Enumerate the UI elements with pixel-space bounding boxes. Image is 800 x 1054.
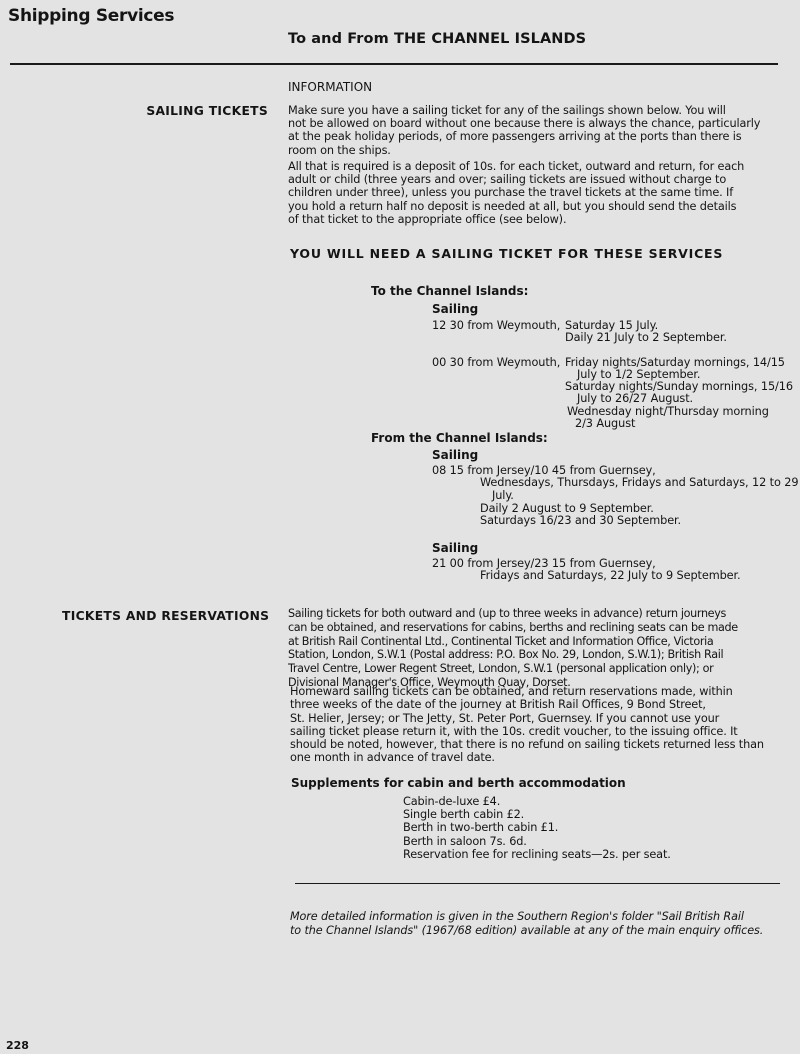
sailing-dates: Daily 21 July to 2 September. xyxy=(565,332,727,345)
text-line: not be allowed on board without one beca… xyxy=(288,117,760,130)
text-line: sailing ticket please return it, with th… xyxy=(290,725,764,738)
footnote: More detailed information is given in th… xyxy=(290,910,763,937)
text-line: Travel Centre, Lower Regent Street, Lond… xyxy=(288,662,738,676)
sailing-dates: 2/3 August xyxy=(575,418,635,431)
page-heading: To and From THE CHANNEL ISLANDS xyxy=(288,31,586,47)
sailing-time: 00 30 from Weymouth, xyxy=(432,357,560,370)
text-line: Homeward sailing tickets can be obtained… xyxy=(290,685,764,698)
text-line: Station, London, S.W.1 (Postal address: … xyxy=(288,648,738,662)
sailing-time: 12 30 from Weymouth, xyxy=(432,320,560,333)
text-line: Sailing tickets for both outward and (up… xyxy=(288,607,738,621)
sailing-label: Sailing xyxy=(432,448,478,462)
text-line: of that ticket to the appropriate office… xyxy=(288,213,744,226)
supplement-item: Berth in two-berth cabin £1. xyxy=(403,821,671,834)
sailing-dates: July to 26/27 August. xyxy=(577,393,693,406)
supplements-heading: Supplements for cabin and berth accommod… xyxy=(291,776,626,790)
text-line: children under three), unless you purcha… xyxy=(288,186,744,199)
page-number: 228 xyxy=(6,1039,29,1052)
text-line: can be obtained, and reservations for ca… xyxy=(288,621,738,635)
information-label: INFORMATION xyxy=(288,80,372,94)
sailing-tickets-label: SAILING TICKETS xyxy=(146,104,268,118)
text-line: adult or child (three years and over; sa… xyxy=(288,173,744,186)
tickets-reservations-label: TICKETS AND RESERVATIONS xyxy=(62,609,269,623)
sailing-tickets-para-1: Make sure you have a sailing ticket for … xyxy=(288,104,760,157)
supplement-item: Reservation fee for reclining seats—2s. … xyxy=(403,848,671,861)
sailing-dates: Wednesdays, Thursdays, Fridays and Satur… xyxy=(480,477,798,490)
bottom-divider xyxy=(295,883,780,884)
section-title: Shipping Services xyxy=(8,6,174,26)
sailing-label: Sailing xyxy=(432,302,478,316)
text-line: three weeks of the date of the journey a… xyxy=(290,698,764,711)
text-line: St. Helier, Jersey; or The Jetty, St. Pe… xyxy=(290,712,764,725)
sailing-tickets-para-2: All that is required is a deposit of 10s… xyxy=(288,160,744,226)
to-islands-label: To the Channel Islands: xyxy=(371,284,528,298)
text-line: room on the ships. xyxy=(288,144,760,157)
supplement-item: Berth in saloon 7s. 6d. xyxy=(403,835,671,848)
text-line: you hold a return half no deposit is nee… xyxy=(288,200,744,213)
supplement-item: Cabin-de-luxe £4. xyxy=(403,795,671,808)
services-heading: YOU WILL NEED A SAILING TICKET FOR THESE… xyxy=(290,246,723,261)
supplement-item: Single berth cabin £2. xyxy=(403,808,671,821)
sailing-dates: Saturdays 16/23 and 30 September. xyxy=(480,515,681,528)
text-line: All that is required is a deposit of 10s… xyxy=(288,160,744,173)
footnote-line: More detailed information is given in th… xyxy=(290,910,763,924)
text-line: at British Rail Continental Ltd., Contin… xyxy=(288,635,738,649)
from-islands-label: From the Channel Islands: xyxy=(371,431,548,445)
tickets-reservations-para-1: Sailing tickets for both outward and (up… xyxy=(288,607,738,690)
supplements-list: Cabin-de-luxe £4. Single berth cabin £2.… xyxy=(403,795,671,861)
sailing-dates: July. xyxy=(492,490,514,503)
sailing-dates: Fridays and Saturdays, 22 July to 9 Sept… xyxy=(480,570,741,583)
text-line: at the peak holiday periods, of more pas… xyxy=(288,130,760,143)
sailing-label: Sailing xyxy=(432,541,478,555)
footnote-line: to the Channel Islands" (1967/68 edition… xyxy=(290,924,763,938)
text-line: one month in advance of travel date. xyxy=(290,751,764,764)
text-line: should be noted, however, that there is … xyxy=(290,738,764,751)
tickets-reservations-para-2: Homeward sailing tickets can be obtained… xyxy=(290,685,764,765)
text-line: Make sure you have a sailing ticket for … xyxy=(288,104,760,117)
top-divider xyxy=(10,63,778,65)
